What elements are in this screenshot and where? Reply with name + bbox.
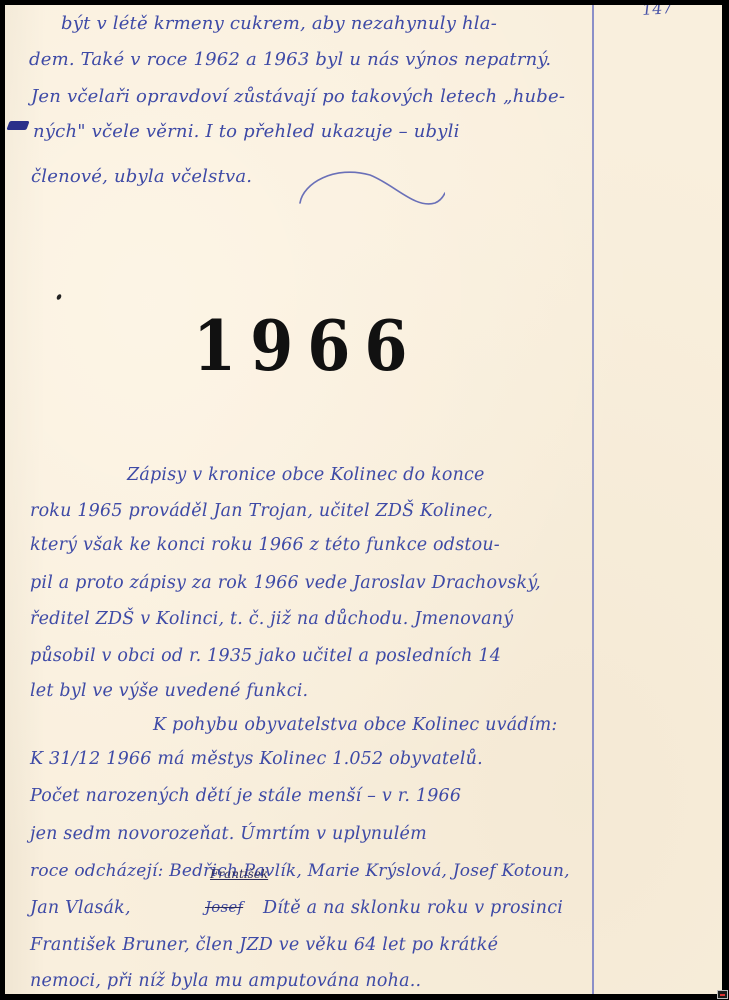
population-line-4: jen sedm novorozeňat. Úmrtím v uplynulém <box>30 824 427 844</box>
intro-line-6: působil v obci od r. 1935 jako učitel a … <box>30 646 501 666</box>
year-heading: 1966 <box>193 305 422 387</box>
chronicle-page: 147 být v létě krmeny cukrem, aby nezahy… <box>5 5 722 994</box>
intro-line-1: Zápisy v kronice obce Kolinec do konce <box>127 465 485 485</box>
population-line-6b: Dítě a na sklonku roku v prosinci <box>263 898 563 918</box>
prev-entry-line-3: Jen včelaři opravdoví zůstávají po takov… <box>31 86 565 107</box>
intro-line-3: který však ke konci roku 1966 z této fun… <box>30 535 500 555</box>
margin-rule-line <box>592 5 594 994</box>
population-line-8: nemoci, při níž byla mu amputována noha.… <box>30 971 421 991</box>
intro-line-5: ředitel ZDŠ v Kolinci, t. č. již na důch… <box>30 609 513 629</box>
population-line-7: František Bruner, člen JZD ve věku 64 le… <box>30 935 498 955</box>
intro-line-2: roku 1965 prováděl Jan Trojan, učitel ZD… <box>30 501 493 521</box>
intro-line-4: pil a proto zápisy za rok 1966 vede Jaro… <box>30 573 541 593</box>
ink-speck <box>56 293 62 300</box>
population-line-3: Počet narozených dětí je stále menší – v… <box>30 786 461 806</box>
decorative-flourish-icon <box>295 163 445 213</box>
handwritten-correction-insert: František <box>210 867 268 881</box>
prev-entry-line-4: ných" včele věrni. I to přehled ukazuje … <box>33 121 460 142</box>
prev-entry-line-5: členové, ubyla včelstva. <box>31 166 252 187</box>
population-line-6: Jan Vlasák, <box>30 898 131 918</box>
viewer-minimize-icon[interactable] <box>717 990 728 999</box>
population-line-2: K 31/12 1966 má městys Kolinec 1.052 oby… <box>30 749 483 769</box>
ink-strikeout-mark <box>6 121 29 130</box>
prev-entry-line-2: dem. Také v roce 1962 a 1963 byl u nás v… <box>29 49 551 70</box>
prev-entry-line-1: být v létě krmeny cukrem, aby nezahynuly… <box>61 13 497 34</box>
population-line-5: roce odcházejí: Bedřich Pavlík, Marie Kr… <box>30 861 570 881</box>
intro-line-7: let byl ve výše uvedené funkci. <box>30 681 308 701</box>
page-number: 147 <box>641 5 673 19</box>
population-line-1: K pohybu obyvatelstva obce Kolinec uvádí… <box>153 715 557 735</box>
struck-out-name: Josef <box>205 898 243 916</box>
